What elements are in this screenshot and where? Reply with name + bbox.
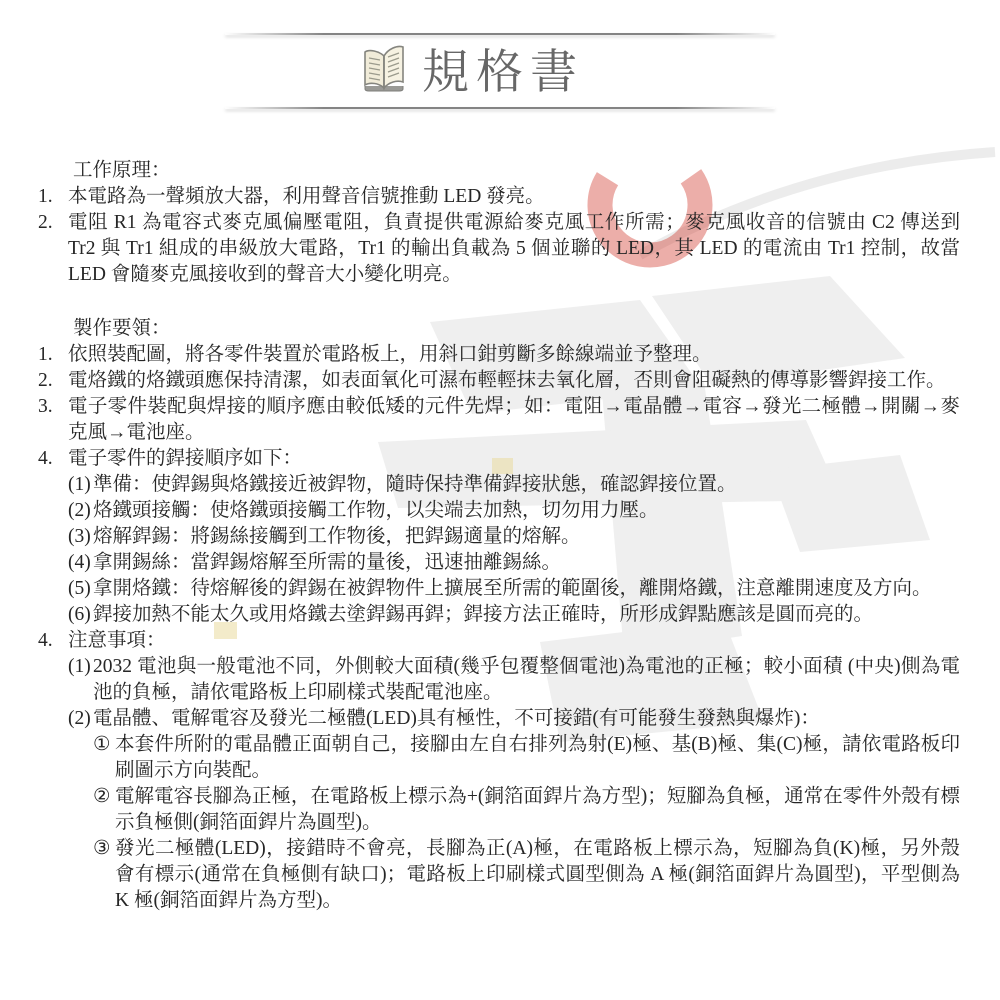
- sub-item-text: 拿開烙鐵：待熔解後的銲錫在被銲物件上擴展至所需的範圍後，離開烙鐵，注意離開速度及…: [93, 576, 960, 602]
- page-title: 規格書: [422, 48, 584, 95]
- sub-item-number: (3): [68, 524, 93, 550]
- header-divider-bottom: [225, 107, 775, 109]
- section-heading: 製作要領：: [38, 316, 960, 342]
- sub-list-item: (5) 拿開烙鐵：待熔解後的銲錫在被銲物件上擴展至所需的範圍後，離開烙鐵，注意離…: [68, 576, 960, 602]
- section-heading: 工作原理：: [38, 158, 960, 184]
- circled-item-number: ②: [93, 784, 115, 836]
- circled-list-item: ① 本套件所附的電晶體正面朝自己，接腳由左自右排列為射(E)極、基(B)極、集(…: [93, 732, 960, 784]
- list-item: 2. 電阻 R1 為電容式麥克風偏壓電阻，負責提供電源給麥克風工作所需；麥克風收…: [38, 210, 960, 288]
- sub-item-text: 銲接加熱不能太久或用烙鐵去塗銲錫再銲；銲接方法正確時，所形成銲點應該是圓而亮的。: [93, 602, 960, 628]
- list-item-number: 4.: [38, 446, 68, 628]
- sub-item-text: 烙鐵頭接觸：使烙鐵頭接觸工作物，以尖端去加熱，切勿用力壓。: [93, 498, 960, 524]
- section-assembly-guidelines: 製作要領： 1. 依照裝配圖，將各零件裝置於電路板上，用斜口鉗剪斷多餘線端並予整…: [38, 316, 960, 914]
- sub-item-text: 2032 電池與一般電池不同，外側較大面積(幾乎包覆整個電池)為電池的正極；較小…: [93, 654, 960, 706]
- circled-list-item: ③ 發光二極體(LED)，接錯時不會亮，長腳為正(A)極，在電路板上標示為，短腳…: [93, 836, 960, 914]
- circled-item-text: 電解電容長腳為正極，在電路板上標示為+(銅箔面銲片為方型)；短腳為負極，通常在零…: [115, 784, 960, 836]
- sub-item-number: (6): [68, 602, 93, 628]
- circled-item-number: ③: [93, 836, 115, 914]
- list-item-number: 2.: [38, 210, 68, 288]
- sub-item-number: (2): [68, 706, 93, 914]
- sub-list-item: (2) 電晶體、電解電容及發光二極體(LED)具有極性，不可接錯(有可能發生發熱…: [68, 706, 960, 914]
- sub-list-item: (1) 準備：使銲錫與烙鐵接近被銲物，隨時保持準備銲接狀態，確認銲接位置。: [68, 472, 960, 498]
- circled-item-text: 本套件所附的電晶體正面朝自己，接腳由左自右排列為射(E)極、基(B)極、集(C)…: [115, 732, 960, 784]
- list-item-text: 電烙鐵的烙鐵頭應保持清潔，如表面氧化可濕布輕輕抹去氧化層，否則會阻礙熱的傳導影響…: [68, 368, 960, 394]
- list-item-text: 電子零件的銲接順序如下：: [68, 446, 960, 472]
- sub-list-item: (6) 銲接加熱不能太久或用烙鐵去塗銲錫再銲；銲接方法正確時，所形成銲點應該是圓…: [68, 602, 960, 628]
- list-item-text: 電阻 R1 為電容式麥克風偏壓電阻，負責提供電源給麥克風工作所需；麥克風收音的信…: [68, 210, 960, 288]
- list-item-text: 依照裝配圖，將各零件裝置於電路板上，用斜口鉗剪斷多餘線端並予整理。: [68, 342, 960, 368]
- page-header: 規格書: [0, 0, 1000, 130]
- circled-item-number: ①: [93, 732, 115, 784]
- circled-list-item: ② 電解電容長腳為正極，在電路板上標示為+(銅箔面銲片為方型)；短腳為負極，通常…: [93, 784, 960, 836]
- list-item-text: 注意事項：: [68, 628, 960, 654]
- sub-item-text: 準備：使銲錫與烙鐵接近被銲物，隨時保持準備銲接狀態，確認銲接位置。: [93, 472, 960, 498]
- list-item: 1. 本電路為一聲頻放大器，利用聲音信號推動 LED 發亮。: [38, 184, 960, 210]
- list-item: 1. 依照裝配圖，將各零件裝置於電路板上，用斜口鉗剪斷多餘線端並予整理。: [38, 342, 960, 368]
- list-item-number: 2.: [38, 368, 68, 394]
- list-item-number: 3.: [38, 394, 68, 446]
- sub-item-number: (1): [68, 472, 93, 498]
- list-item-text: 本電路為一聲頻放大器，利用聲音信號推動 LED 發亮。: [68, 184, 960, 210]
- list-item-precautions: 4. 注意事項： (1) 2032 電池與一般電池不同，外側較大面積(幾乎包覆整…: [38, 628, 960, 914]
- section-working-principle: 工作原理： 1. 本電路為一聲頻放大器，利用聲音信號推動 LED 發亮。 2. …: [38, 158, 960, 288]
- sub-list-item: (2) 烙鐵頭接觸：使烙鐵頭接觸工作物，以尖端去加熱，切勿用力壓。: [68, 498, 960, 524]
- title-row: 規格書: [0, 40, 972, 102]
- document-body: 工作原理： 1. 本電路為一聲頻放大器，利用聲音信號推動 LED 發亮。 2. …: [38, 158, 960, 914]
- sub-list-item: (4) 拿開錫絲：當銲錫熔解至所需的量後，迅速抽離錫絲。: [68, 550, 960, 576]
- sub-list-item: (1) 2032 電池與一般電池不同，外側較大面積(幾乎包覆整個電池)為電池的正…: [68, 654, 960, 706]
- sub-item-number: (1): [68, 654, 93, 706]
- sub-item-text: 拿開錫絲：當銲錫熔解至所需的量後，迅速抽離錫絲。: [93, 550, 960, 576]
- list-item: 2. 電烙鐵的烙鐵頭應保持清潔，如表面氧化可濕布輕輕抹去氧化層，否則會阻礙熱的傳…: [38, 368, 960, 394]
- open-book-icon: [360, 44, 408, 99]
- sub-item-number: (2): [68, 498, 93, 524]
- list-item-number: 1.: [38, 342, 68, 368]
- sub-item-number: (4): [68, 550, 93, 576]
- sub-item-number: (5): [68, 576, 93, 602]
- header-divider-top: [225, 33, 775, 35]
- list-item-soldering-order: 4. 電子零件的銲接順序如下： (1) 準備：使銲錫與烙鐵接近被銲物，隨時保持準…: [38, 446, 960, 628]
- list-item-number: 4.: [38, 628, 68, 914]
- sub-item-text: 電晶體、電解電容及發光二極體(LED)具有極性，不可接錯(有可能發生發熱與爆炸)…: [93, 706, 960, 732]
- circled-item-text: 發光二極體(LED)，接錯時不會亮，長腳為正(A)極，在電路板上標示為，短腳為負…: [115, 836, 960, 914]
- list-item: 3. 電子零件裝配與焊接的順序應由較低矮的元件先焊；如：電阻→電晶體→電容→發光…: [38, 394, 960, 446]
- list-item-text: 電子零件裝配與焊接的順序應由較低矮的元件先焊；如：電阻→電晶體→電容→發光二極體…: [68, 394, 960, 446]
- list-item-number: 1.: [38, 184, 68, 210]
- sub-item-text: 熔解銲錫：將錫絲接觸到工作物後，把銲錫適量的熔解。: [93, 524, 960, 550]
- sub-list-item: (3) 熔解銲錫：將錫絲接觸到工作物後，把銲錫適量的熔解。: [68, 524, 960, 550]
